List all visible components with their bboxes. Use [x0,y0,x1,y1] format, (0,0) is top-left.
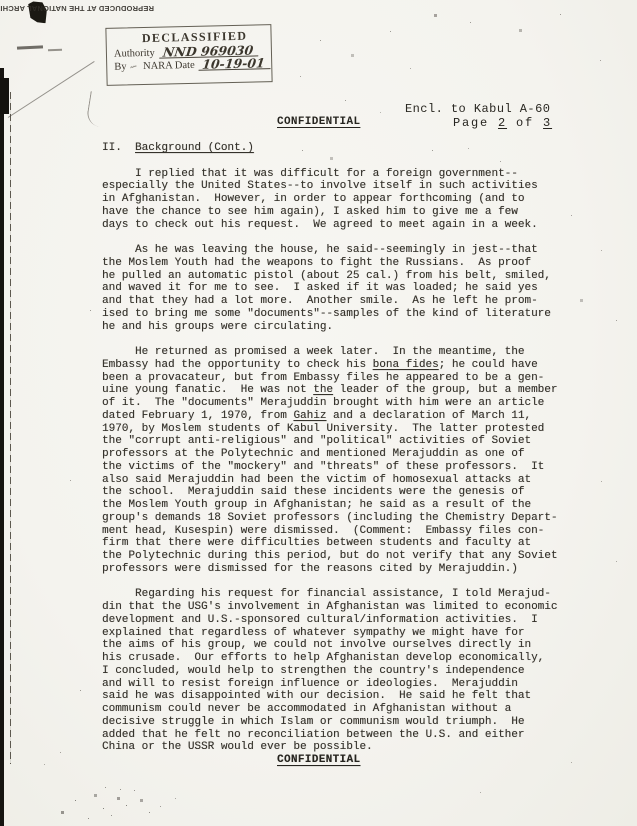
text-segment: ment head, Kusespin) were dismissed. (Co… [102,525,544,537]
scan-smudge [48,49,62,51]
text-segment: firm that there were difficulties betwee… [102,537,531,549]
text-line: dated February 1, 1970, from Gahiz and a… [102,410,572,423]
text-segment: din that the USG's involvement in Afghan… [102,601,557,613]
text-line: also said Merajuddin had been the victim… [102,474,572,487]
text-line: and waved it for me to see. I asked if i… [102,282,572,295]
text-segment: He returned as promised a week later. In… [102,346,524,358]
classification-footer: CONFIDENTIAL [277,754,360,766]
text-line: ment head, Kusespin) were dismissed. (Co… [102,525,572,538]
classification-header: CONFIDENTIAL [277,116,360,128]
text-segment: and a declaration of March 11, [326,410,531,422]
text-segment: the Moslem Youth group in Afghanistan; h… [102,499,531,511]
section-heading: II. Background (Cont.) [102,142,572,155]
text-segment: the Polytechnic during this period, but … [102,550,557,562]
text-line: explained that regardless of whatever sy… [102,627,572,640]
text-line: He returned as promised a week later. In… [102,346,572,359]
text-line: the Polytechnic during this period, but … [102,550,572,563]
text-line: days to check out his request. We agreed… [102,219,572,232]
declassified-stamp: DECLASSIFIED Authority NND 969030 By NAR… [105,24,272,86]
text-line: been a provacateur, but from Embassy fil… [102,372,572,385]
text-segment: bona fides [373,359,439,371]
text-segment: Gahiz [293,410,326,422]
paragraph: I replied that it was difficult for a fo… [102,168,572,232]
text-segment: said he was disappointed with our decisi… [102,690,531,702]
text-segment: ; he could have [439,359,538,371]
text-line: group's demands 18 Soviet professors (in… [102,512,572,525]
text-segment: uine young fanatic. He was not [102,384,313,396]
text-line: professors were dismissed for the reason… [102,563,572,576]
signature-scrawl [130,60,137,73]
text-line: the Moslem Youth group in Afghanistan; h… [102,499,572,512]
text-line: Embassy had the opportunity to check his… [102,359,572,372]
text-segment: Background (Cont.) [135,142,254,154]
text-segment: the [313,384,333,396]
text-segment: ised to bring me some "documents"--sampl… [102,308,551,320]
text-line: China or the USSR would ever be possible… [102,741,572,754]
text-line: professors at the Polytechnic and mentio… [102,448,572,461]
text-segment: added that he felt no reconciliation bet… [102,729,524,741]
text-line: added that he felt no reconciliation bet… [102,729,572,742]
text-segment: his crusade. Our efforts to help Afghani… [102,652,544,664]
text-segment: the aims of his group, we could not invo… [102,639,531,651]
document-body: II. Background (Cont.) I replied that it… [102,142,572,754]
text-segment: been a provacateur, but from Embassy fil… [102,372,544,384]
paragraph: Regarding his request for financial assi… [102,588,572,754]
text-segment: group's demands 18 Soviet professors (in… [102,512,557,524]
text-line: and will to resist foreign influence or … [102,678,572,691]
text-line: of it. The "documents" Merajuddin brough… [102,397,572,410]
text-segment: leader of the group, but a member [333,384,557,396]
text-segment: decisive struggle in which Islam or comm… [102,716,524,728]
text-segment: I replied that it was difficult for a fo… [102,168,518,180]
text-segment: 3 [543,116,552,130]
paper-crease [85,91,105,127]
stamp-by-row: By NARA Date 10-19-01 [107,57,271,73]
text-line: 1970, by Moslem students of Kabul Univer… [102,423,572,436]
text-segment: of [507,116,543,130]
text-line: firm that there were difficulties betwee… [102,537,572,550]
scan-edge-mark [0,78,9,114]
text-line: the victims of the "mockery" and "threat… [102,461,572,474]
text-line: his crusade. Our efforts to help Afghani… [102,652,572,665]
text-segment: communism could never be accommodated in… [102,703,511,715]
text-segment: Embassy had the opportunity to check his [102,359,373,371]
text-segment: Page [453,116,498,130]
text-segment: development and U.S.-sponsored cultural/… [102,614,538,626]
text-segment: I concluded, would help to strengthen th… [102,665,524,677]
text-segment: the "corrupt anti-religious" and "politi… [102,435,531,447]
text-segment: Regarding his request for financial assi… [102,588,551,600]
text-segment: and waved it for me to see. I asked if i… [102,282,538,294]
paragraph: He returned as promised a week later. In… [102,346,572,576]
text-segment: 1970, by Moslem students of Kabul Univer… [102,423,544,435]
text-segment: 2 [498,116,507,130]
text-line: the school. Merajuddin said these incide… [102,486,572,499]
text-line: the aims of his group, we could not invo… [102,639,572,652]
text-line: decisive struggle in which Islam or comm… [102,716,572,729]
text-segment: II. [102,142,135,154]
stamp-nara-label: NARA Date [143,60,195,72]
enclosure-reference: Encl. to Kabul A-60 [405,102,550,116]
text-line: I concluded, would help to strengthen th… [102,665,572,678]
text-segment: the school. Merajuddin said these incide… [102,486,524,498]
text-segment: days to check out his request. We agreed… [102,219,538,231]
text-line: As he was leaving the house, he said--se… [102,244,572,257]
archive-edge-text: REPRODUCED AT THE NATIONAL ARCHIVES [16,0,154,13]
text-segment: and that they had a lot more. Another sm… [102,295,538,307]
text-line: have the chance to see him again), I ask… [102,206,572,219]
text-segment: dated February 1, 1970, from [102,410,293,422]
paragraph: As he was leaving the house, he said--se… [102,244,572,333]
text-segment: professors at the Polytechnic and mentio… [102,448,524,460]
text-segment: professors were dismissed for the reason… [102,563,518,575]
stamp-nara-date: 10-19-01 [199,57,272,71]
text-segment: he pulled an automatic pistol (about 25 … [102,270,551,282]
text-line: in Afghanistan. However, in order to app… [102,193,572,206]
text-line: development and U.S.-sponsored cultural/… [102,614,572,627]
page-number: Page 2 of 3 [453,116,552,130]
text-line: he and his groups were circulating. [102,321,572,334]
scan-noise [0,0,1,1]
text-segment: As he was leaving the house, he said--se… [102,244,538,256]
text-line: and that they had a lot more. Another sm… [102,295,572,308]
text-segment: China or the USSR would ever be possible… [102,741,373,753]
text-segment: in Afghanistan. However, in order to app… [102,193,524,205]
text-line: said he was disappointed with our decisi… [102,690,572,703]
scan-smudge [17,45,43,49]
text-line: the "corrupt anti-religious" and "politi… [102,435,572,448]
paper-crease [8,61,95,118]
text-line: din that the USG's involvement in Afghan… [102,601,572,614]
text-line: I replied that it was difficult for a fo… [102,168,572,181]
document-page: REPRODUCED AT THE NATIONAL ARCHIVES DECL… [0,0,637,826]
text-segment: the victims of the "mockery" and "threat… [102,461,544,473]
text-line: ised to bring me some "documents"--sampl… [102,308,572,321]
text-line: communism could never be accommodated in… [102,703,572,716]
text-segment: explained that regardless of whatever sy… [102,627,524,639]
text-line: he pulled an automatic pistol (about 25 … [102,270,572,283]
scan-edge-bar [0,68,4,826]
scan-edge-line [10,92,11,764]
stamp-authority-label: Authority [114,48,155,60]
text-line: especially the United States--to involve… [102,180,572,193]
text-line: uine young fanatic. He was not the leade… [102,384,572,397]
stamp-by-label: By [114,61,127,72]
text-segment: of it. The "documents" Merajuddin brough… [102,397,544,409]
text-line: the Moslem Youth had the weapons to figh… [102,257,572,270]
text-segment: and will to resist foreign influence or … [102,678,518,690]
text-line: Regarding his request for financial assi… [102,588,572,601]
text-segment: have the chance to see him again), I ask… [102,206,518,218]
text-segment: he and his groups were circulating. [102,321,333,333]
text-segment: especially the United States--to involve… [102,180,538,192]
text-segment: also said Merajuddin had been the victim… [102,474,531,486]
text-segment: the Moslem Youth had the weapons to figh… [102,257,531,269]
